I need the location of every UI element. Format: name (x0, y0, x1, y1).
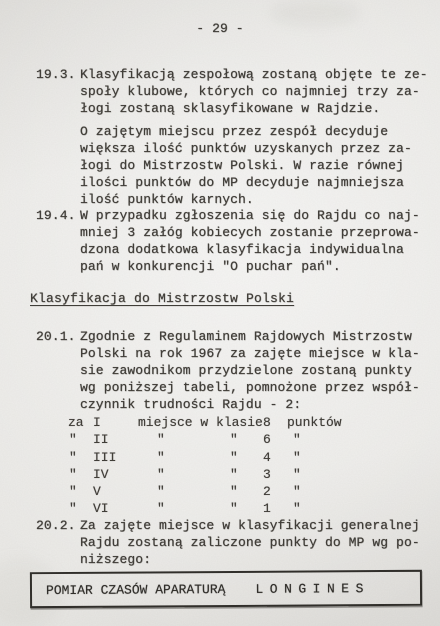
table-cell: " (138, 500, 210, 517)
table-cell: " (287, 500, 357, 517)
table-cell: " (210, 449, 263, 466)
stamp-label: POMIAR CZASÓW APARATURĄ (46, 581, 226, 599)
table-row: "VI""1" (68, 500, 357, 517)
table-row: "II""6" (68, 431, 357, 448)
section-20-1-paragraph-1: Zgodnie z Regulaminem Rajdowych Mistrzos… (80, 328, 436, 413)
longines-stamp-box: POMIAR CZASÓW APARATURĄ LONGINES (30, 570, 422, 608)
table-cell: " (210, 483, 263, 500)
table-cell: 4 (263, 449, 287, 466)
table-cell: II (93, 431, 138, 448)
table-cell: " (287, 449, 357, 466)
table-cell: miejsce w klasie (138, 414, 210, 431)
table-cell: " (210, 431, 263, 448)
section-number-20-2: 20.2. (36, 517, 76, 534)
table-cell: 2 (263, 483, 287, 500)
section-19-3-paragraph-1: Klasyfikacją zespołową zostaną objęte te… (80, 66, 436, 117)
table-row: "V""2" (68, 483, 357, 500)
table-row: "III""4" (68, 449, 357, 466)
table-cell: 1 (263, 500, 287, 517)
table-cell: " (287, 466, 357, 483)
table-cell: " (138, 466, 210, 483)
table-cell: " (68, 483, 93, 500)
table-cell: " (287, 431, 357, 448)
points-table: zaImiejsce w klasie8punktów"II""6""III""… (68, 414, 357, 518)
table-cell: VI (93, 500, 138, 517)
page-number: - 29 - (0, 20, 440, 37)
section-number-19-3: 19.3. (36, 66, 76, 83)
table-cell: V (93, 483, 138, 500)
table-cell: " (138, 431, 210, 448)
section-20-2-paragraph-1: Za zajęte miejsce w klasyfikacji general… (80, 517, 436, 568)
table-cell: " (68, 500, 93, 517)
table-row: "IV""3" (68, 466, 357, 483)
table-row: zaImiejsce w klasie8punktów (68, 414, 357, 431)
table-cell: " (287, 483, 357, 500)
table-cell: I (93, 414, 138, 431)
table-cell: za (68, 414, 93, 431)
section-19-3-paragraph-2: O zajętym miejscu przez zespół decyduje … (80, 123, 436, 208)
section-number-20-1: 20.1. (36, 328, 76, 345)
table-cell: 3 (263, 466, 287, 483)
table-cell: 8 (263, 414, 287, 431)
table-cell: " (138, 449, 210, 466)
stamp-brand-longines: LONGINES (255, 580, 370, 598)
table-cell: " (210, 466, 263, 483)
section-number-19-4: 19.4. (36, 207, 76, 224)
table-cell: punktów (287, 414, 357, 431)
scanned-document-page: - 29 - 19.3. Klasyfikacją zespołową zost… (0, 0, 440, 626)
table-cell: " (68, 431, 93, 448)
table-cell: " (68, 449, 93, 466)
table-cell: III (93, 449, 138, 466)
table-cell: 6 (263, 431, 287, 448)
table-cell: IV (93, 466, 138, 483)
heading-klasyfikacja-do-mistrzostw-polski: Klasyfikacja do Mistrzostw Polski (30, 290, 294, 307)
section-19-4-paragraph-1: W przypadku zgłoszenia się do Rajdu co n… (80, 207, 436, 275)
table-cell: " (68, 466, 93, 483)
table-cell: " (210, 500, 263, 517)
table-cell: " (138, 483, 210, 500)
table-cell (210, 414, 263, 431)
